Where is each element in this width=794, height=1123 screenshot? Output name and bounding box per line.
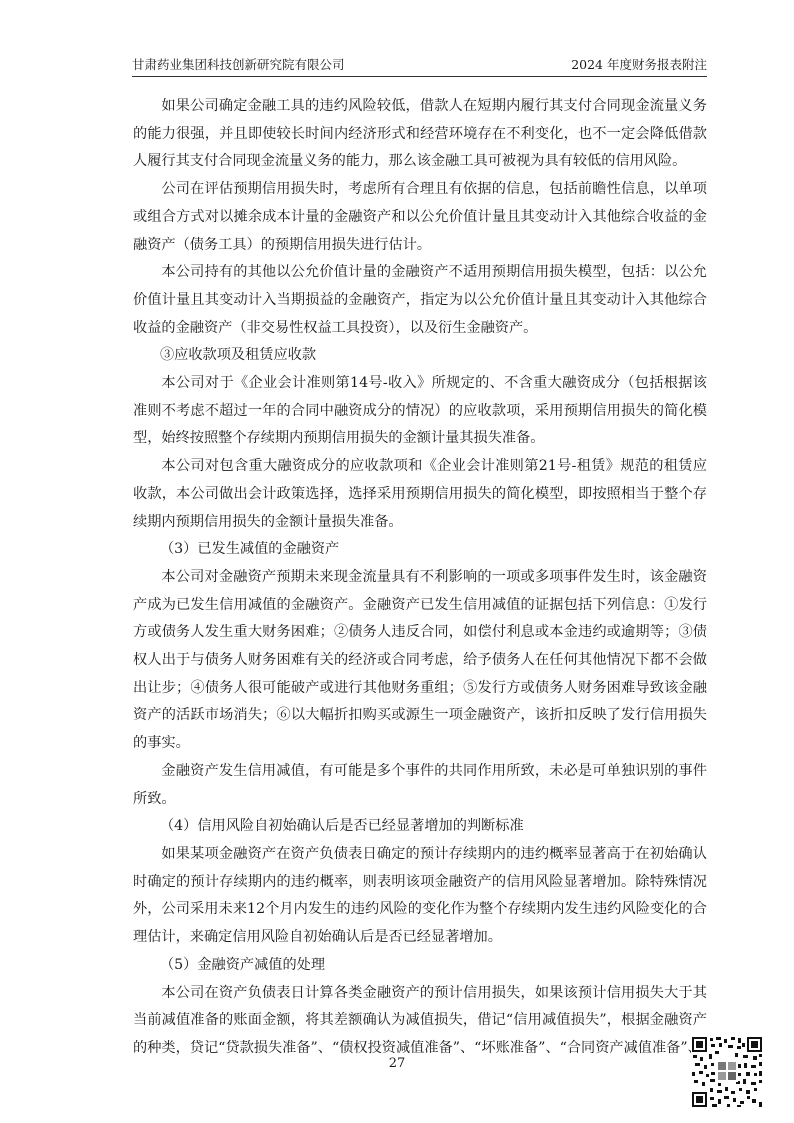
section-heading: （3）已发生减值的金融资产 <box>133 536 707 564</box>
qr-code-icon <box>691 1036 763 1108</box>
page-header: 甘肃药业集团科技创新研究院有限公司 2024 年度财务报表附注 <box>132 53 707 77</box>
paragraph: 如果公司确定金融工具的违约风险较低，借款人在短期内履行其支付合同现金流量义务的能… <box>133 93 707 176</box>
paragraph: 本公司持有的其他以公允价值计量的金融资产不适用预期信用损失模型，包括：以公允价值… <box>133 259 707 342</box>
paragraph: 金融资产发生信用减值，有可能是多个事件的共同作用所致，未必是可单独识别的事件所致… <box>133 758 707 813</box>
section-heading: （5）金融资产减值的处理 <box>133 952 707 980</box>
header-report-title: 2024 年度财务报表附注 <box>571 55 707 73</box>
paragraph: 公司在评估预期信用损失时，考虑所有合理且有依据的信息，包括前瞻性信息，以单项或组… <box>133 176 707 259</box>
page-number: 27 <box>0 1056 794 1071</box>
section-heading: ③应收款项及租赁应收款 <box>133 342 707 370</box>
paragraph: 如果某项金融资产在资产负债表日确定的预计存续期内的违约概率显著高于在初始确认时确… <box>133 841 707 952</box>
document-body: 如果公司确定金融工具的违约风险较低，借款人在短期内履行其支付合同现金流量义务的能… <box>133 93 707 1063</box>
header-company-name: 甘肃药业集团科技创新研究院有限公司 <box>132 55 345 73</box>
section-heading: （4）信用风险自初始确认后是否已经显著增加的判断标准 <box>133 813 707 841</box>
paragraph: 本公司对于《企业会计准则第14号-收入》所规定的、不含重大融资成分（包括根据该准… <box>133 370 707 453</box>
paragraph: 本公司对金融资产预期未来现金流量具有不利影响的一项或多项事件发生时，该金融资产成… <box>133 564 707 758</box>
paragraph: 本公司对包含重大融资成分的应收款项和《企业会计准则第21号-租赁》规范的租赁应收… <box>133 453 707 536</box>
paragraph: 本公司在资产负债表日计算各类金融资产的预计信用损失，如果该预计信用损失大于其当前… <box>133 980 707 1063</box>
